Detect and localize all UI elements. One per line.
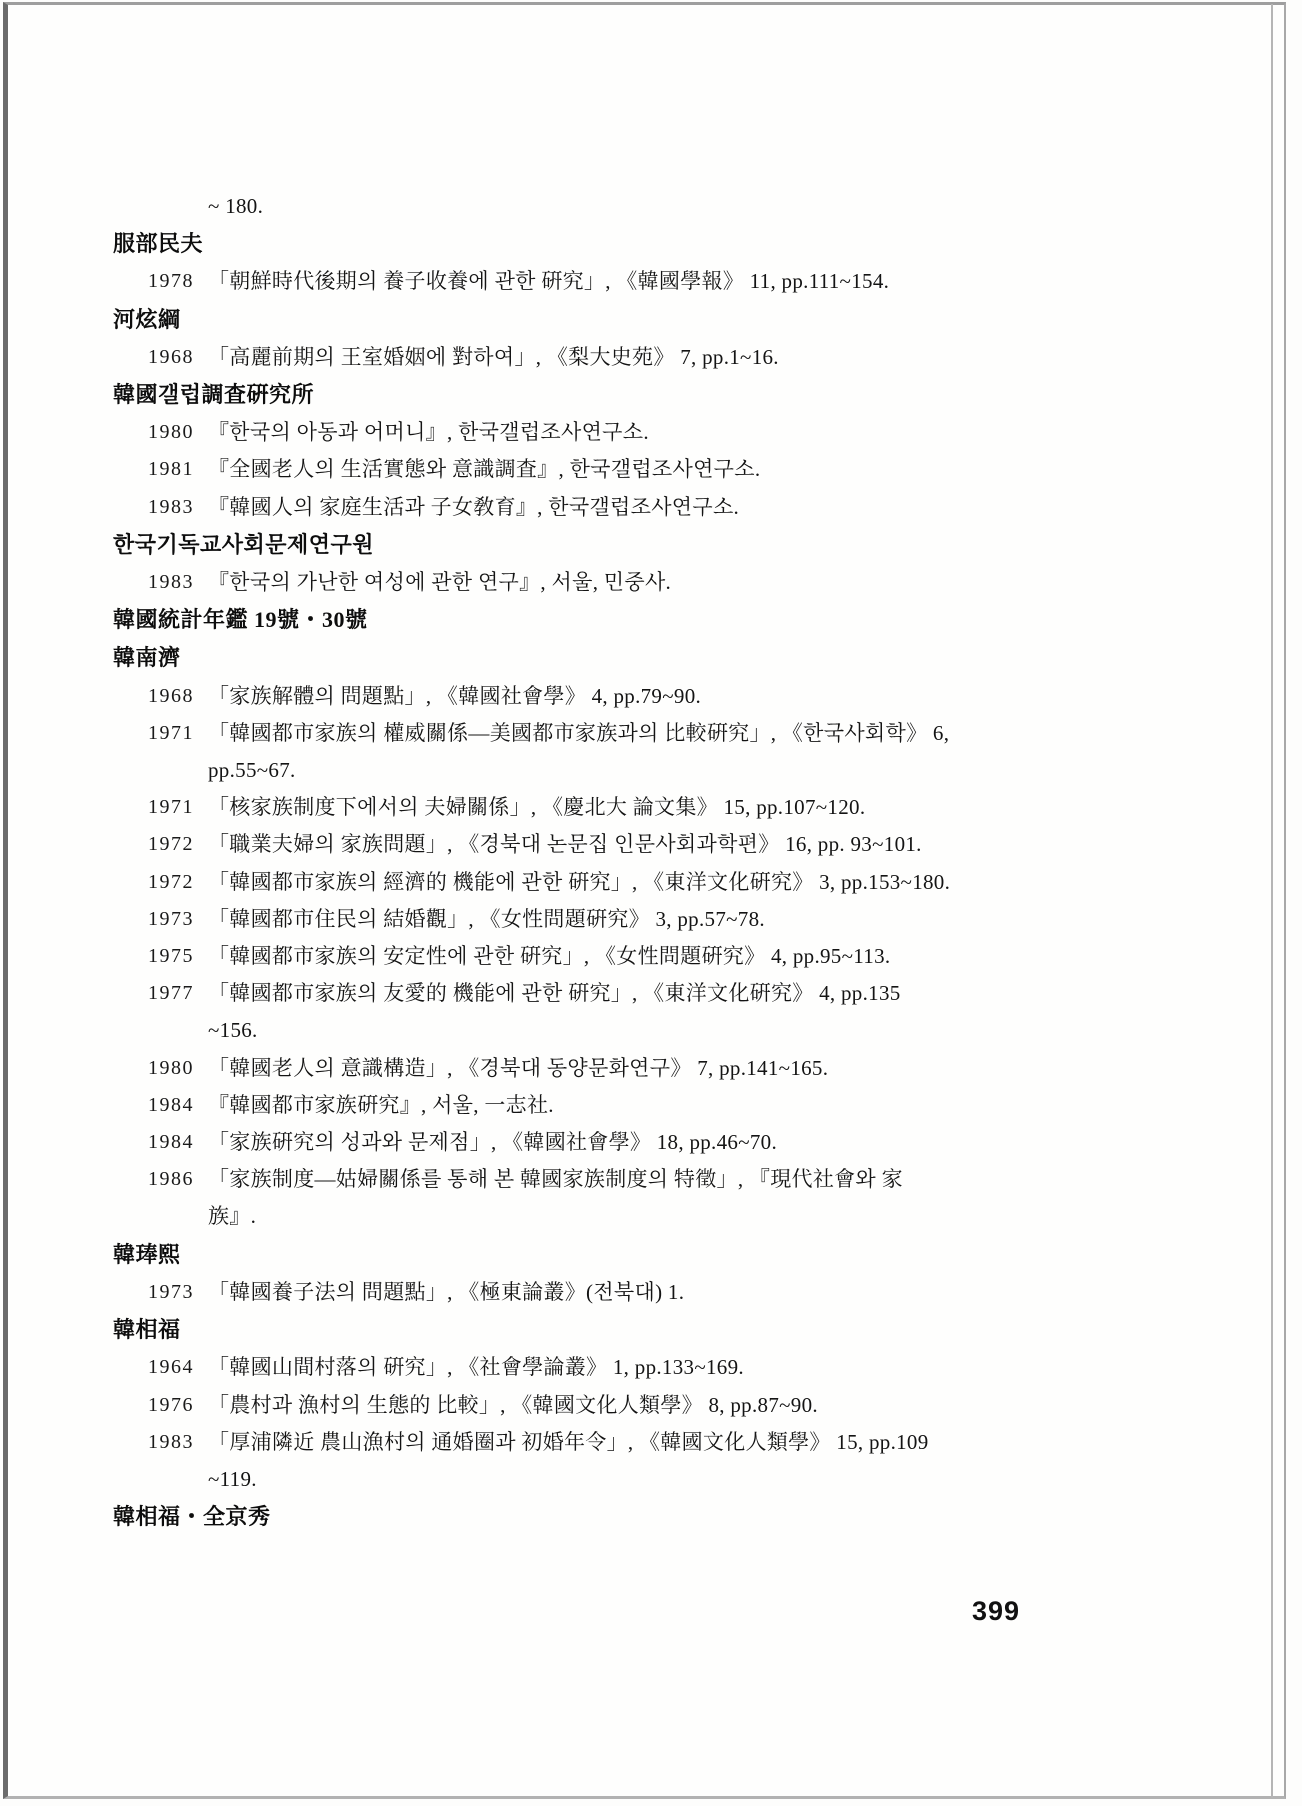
entry-text: 『全國老人의 生活實態와 意識調査』, 한국갤럽조사연구소. xyxy=(208,457,760,481)
bibliography-entry: 1978「朝鮮時代後期의 養子收養에 관한 硏究」, 《韓國學報》 11, pp… xyxy=(113,263,1188,300)
entry-text: 「厚浦隣近 農山漁村의 通婚圈과 初婚年令」, 《韓國文化人類學》 15, pp… xyxy=(208,1430,929,1454)
entry-year: 1971 xyxy=(148,715,194,752)
bibliography-entry: 1975「韓國都市家族의 安定性에 관한 硏究」, 《女性問題硏究》 4, pp… xyxy=(113,938,1188,975)
entry-year: 1975 xyxy=(148,938,194,975)
entry-text: 「韓國都市住民의 結婚觀」, 《女性問題硏究》 3, pp.57~78. xyxy=(208,907,765,931)
entry-year: 1980 xyxy=(148,414,194,451)
entry-year: 1964 xyxy=(148,1349,194,1386)
bibliography-entry: 1973「韓國養子法의 問題點」, 《極東論叢》(전북대) 1. xyxy=(113,1274,1188,1311)
entry-year: 1984 xyxy=(148,1087,194,1124)
entry-text: 「韓國都市家族의 權威關係—美國都市家族과의 比較硏究」, 《한국사회학》 6, xyxy=(208,721,949,745)
entry-text: 「韓國都市家族의 友愛的 機能에 관한 硏究」, 《東洋文化硏究》 4, pp.… xyxy=(208,981,901,1005)
entry-text: 族』. xyxy=(208,1204,256,1228)
entry-text: 『한국의 가난한 여성에 관한 연구』, 서울, 민중사. xyxy=(208,570,671,594)
bibliography-author-heading: 河炫綱 xyxy=(113,301,1188,339)
entry-year: 1986 xyxy=(148,1161,194,1198)
entry-continuation-line: 族』. xyxy=(113,1198,1188,1235)
entry-year: 1968 xyxy=(148,339,194,376)
bibliography-author-heading: 韓國갤럽調査硏究所 xyxy=(113,376,1188,414)
entry-year: 1976 xyxy=(148,1387,194,1424)
bibliography-entry: 1972「職業夫婦의 家族問題」, 《경북대 논문집 인문사회과학편》 16, … xyxy=(113,826,1188,863)
entry-text: 「韓國都市家族의 安定性에 관한 硏究」, 《女性問題硏究》 4, pp.95~… xyxy=(208,944,890,968)
bibliography-entry: 1968「高麗前期의 王室婚姻에 對하여」, 《梨大史苑》 7, pp.1~16… xyxy=(113,339,1188,376)
bibliography-author-heading: 韓琫熙 xyxy=(113,1236,1188,1274)
entry-year: 1971 xyxy=(148,789,194,826)
bibliography-author-heading: 韓南濟 xyxy=(113,639,1188,677)
bibliography-entry: 1972「韓國都市家族의 經濟的 機能에 관한 硏究」, 《東洋文化硏究》 3,… xyxy=(113,864,1188,901)
bibliography-entry: 1964「韓國山間村落의 硏究」, 《社會學論叢》 1, pp.133~169. xyxy=(113,1349,1188,1386)
bibliography-list: ~ 180.服部民夫1978「朝鮮時代後期의 養子收養에 관한 硏究」, 《韓國… xyxy=(113,188,1188,1536)
bibliography-entry: 1977「韓國都市家族의 友愛的 機能에 관한 硏究」, 《東洋文化硏究》 4,… xyxy=(113,975,1188,1012)
entry-year: 1983 xyxy=(148,489,194,526)
entry-text: 「韓國老人의 意識構造」, 《경북대 동양문화연구》 7, pp.141~165… xyxy=(208,1056,828,1080)
page-right-edge-line xyxy=(1271,4,1273,1798)
entry-continuation-line: ~156. xyxy=(113,1012,1188,1049)
entry-text: 「韓國山間村落의 硏究」, 《社會學論叢》 1, pp.133~169. xyxy=(208,1355,744,1379)
bibliography-entry: 1968「家族解體의 問題點」, 《韓國社會學》 4, pp.79~90. xyxy=(113,678,1188,715)
bibliography-author-heading: 韓國統計年鑑 19號・30號 xyxy=(113,601,1188,639)
entry-year: 1983 xyxy=(148,564,194,601)
entry-text: ~119. xyxy=(208,1467,257,1491)
entry-continuation-line: ~119. xyxy=(113,1461,1188,1498)
bibliography-author-heading: 한국기독교사회문제연구원 xyxy=(113,526,1188,564)
entry-year: 1980 xyxy=(148,1050,194,1087)
heading-text: 韓相福・全京秀 xyxy=(113,1504,271,1529)
bibliography-entry: 1984「家族硏究의 성과와 문제점」, 《韓國社會學》 18, pp.46~7… xyxy=(113,1124,1188,1161)
entry-year: 1972 xyxy=(148,826,194,863)
entry-text: 『한국의 아동과 어머니』, 한국갤럽조사연구소. xyxy=(208,420,649,444)
bibliography-entry: 1971「韓國都市家族의 權威關係—美國都市家族과의 比較硏究」, 《한국사회학… xyxy=(113,715,1188,752)
entry-text: 『韓國人의 家庭生活과 子女敎育』, 한국갤럽조사연구소. xyxy=(208,495,739,519)
entry-text: 「高麗前期의 王室婚姻에 對하여」, 《梨大史苑》 7, pp.1~16. xyxy=(208,345,779,369)
entry-continuation-line: pp.55~67. xyxy=(113,752,1188,789)
entry-text: 「韓國養子法의 問題點」, 《極東論叢》(전북대) 1. xyxy=(208,1280,684,1304)
bibliography-entry: 1980『한국의 아동과 어머니』, 한국갤럽조사연구소. xyxy=(113,414,1188,451)
bibliography-entry: 1971「核家族制度下에서의 夫婦關係」, 《慶北大 論文集》 15, pp.1… xyxy=(113,789,1188,826)
entry-text: pp.55~67. xyxy=(208,758,296,782)
heading-text: 한국기독교사회문제연구원 xyxy=(113,532,374,557)
entry-text: 「核家族制度下에서의 夫婦關係」, 《慶北大 論文集》 15, pp.107~1… xyxy=(208,795,865,819)
bibliography-author-heading: 服部民夫 xyxy=(113,225,1188,263)
heading-text: 韓國갤럽調査硏究所 xyxy=(113,382,314,407)
page-number: 399 xyxy=(972,1596,1020,1627)
entry-year: 1984 xyxy=(148,1124,194,1161)
bibliography-author-heading: 韓相福・全京秀 xyxy=(113,1498,1188,1536)
entry-year: 1972 xyxy=(148,864,194,901)
bibliography-entry: 1986「家族制度—姑婦關係를 통해 본 韓國家族制度의 特徵」, 『現代社會와… xyxy=(113,1161,1188,1198)
entry-year: 1973 xyxy=(148,901,194,938)
bibliography-entry: 1983「厚浦隣近 農山漁村의 通婚圈과 初婚年令」, 《韓國文化人類學》 15… xyxy=(113,1424,1188,1461)
entry-text: ~ 180. xyxy=(208,194,263,218)
bibliography-entry: 1976「農村과 漁村의 生態的 比較」, 《韓國文化人類學》 8, pp.87… xyxy=(113,1387,1188,1424)
entry-text: ~156. xyxy=(208,1018,258,1042)
heading-text: 韓南濟 xyxy=(113,645,181,670)
entry-year: 1973 xyxy=(148,1274,194,1311)
heading-text: 韓國統計年鑑 19號・30號 xyxy=(113,607,368,632)
entry-text: 「韓國都市家族의 經濟的 機能에 관한 硏究」, 《東洋文化硏究》 3, pp.… xyxy=(208,870,950,894)
bibliography-entry: 1981『全國老人의 生活實態와 意識調査』, 한국갤럽조사연구소. xyxy=(113,451,1188,488)
bibliography-entry: 1983『韓國人의 家庭生活과 子女敎育』, 한국갤럽조사연구소. xyxy=(113,489,1188,526)
scanned-book-page: ~ 180.服部民夫1978「朝鮮時代後期의 養子收養에 관한 硏究」, 《韓國… xyxy=(0,0,1302,1806)
entry-year: 1981 xyxy=(148,451,194,488)
entry-text: 「朝鮮時代後期의 養子收養에 관한 硏究」, 《韓國學報》 11, pp.111… xyxy=(208,269,889,293)
entry-text: 「家族解體의 問題點」, 《韓國社會學》 4, pp.79~90. xyxy=(208,684,701,708)
entry-continuation-line: ~ 180. xyxy=(113,188,1188,225)
heading-text: 服部民夫 xyxy=(113,231,203,256)
entry-year: 1968 xyxy=(148,678,194,715)
bibliography-entry: 1973「韓國都市住民의 結婚觀」, 《女性問題硏究》 3, pp.57~78. xyxy=(113,901,1188,938)
entry-text: 「農村과 漁村의 生態的 比較」, 《韓國文化人類學》 8, pp.87~90. xyxy=(208,1393,818,1417)
bibliography-entry: 1984『韓國都市家族硏究』, 서울, 一志社. xyxy=(113,1087,1188,1124)
entry-year: 1977 xyxy=(148,975,194,1012)
bibliography-author-heading: 韓相福 xyxy=(113,1311,1188,1349)
entry-text: 「家族硏究의 성과와 문제점」, 《韓國社會學》 18, pp.46~70. xyxy=(208,1130,777,1154)
entry-text: 「家族制度—姑婦關係를 통해 본 韓國家族制度의 特徵」, 『現代社會와 家 xyxy=(208,1167,903,1191)
entry-year: 1978 xyxy=(148,263,194,300)
entry-text: 「職業夫婦의 家族問題」, 《경북대 논문집 인문사회과학편》 16, pp. … xyxy=(208,832,922,856)
heading-text: 河炫綱 xyxy=(113,307,181,332)
bibliography-entry: 1980「韓國老人의 意識構造」, 《경북대 동양문화연구》 7, pp.141… xyxy=(113,1050,1188,1087)
entry-year: 1983 xyxy=(148,1424,194,1461)
heading-text: 韓相福 xyxy=(113,1317,181,1342)
entry-text: 『韓國都市家族硏究』, 서울, 一志社. xyxy=(208,1093,554,1117)
bibliography-entry: 1983『한국의 가난한 여성에 관한 연구』, 서울, 민중사. xyxy=(113,564,1188,601)
heading-text: 韓琫熙 xyxy=(113,1242,181,1267)
